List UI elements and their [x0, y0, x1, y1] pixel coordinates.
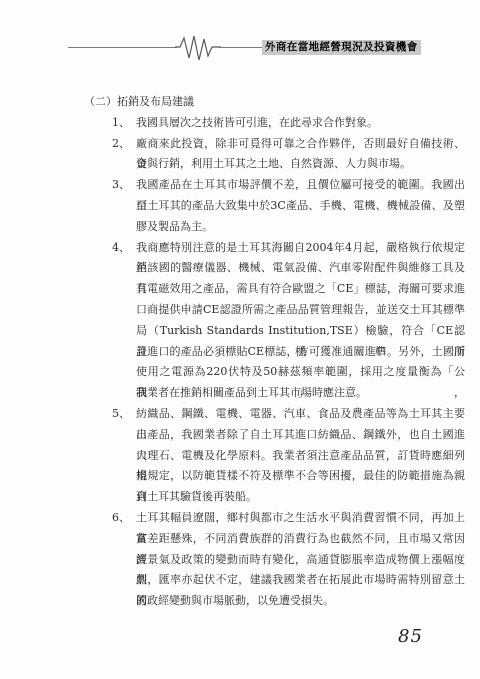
text-line: 至土耳其的產品大致集中於3C產品、手機、電機、機械設備、及塑 [136, 196, 465, 217]
list-item-lines: 廠商來此投資，除非可覓得可靠之合作夥伴，否則最好自備技術、資金與行銷，利用土耳其… [136, 134, 465, 176]
text-line: 土耳其幅員遼闊，鄉村與都市之生活水平與消費習慣不同，再加上貧 [136, 508, 465, 529]
header-rule-left [68, 47, 177, 48]
text-line: 到土耳其驗貨後再裝船。 [136, 487, 465, 508]
text-line: 我國產品在土耳其市場評價不差，且價位屬可接受的範圍。我國出口 [136, 175, 465, 196]
list-item: 4、我商應特別注意的是土耳其海關自2004年4月起，嚴格執行依規定銷至該國的醫療… [84, 238, 465, 404]
list-item: 6、土耳其幅員遼闊，鄉村與都市之生活水平與消費習慣不同，再加上貧富差距懸殊，不同… [84, 508, 465, 612]
text-line: 使用之電源為220伏特及50赫茲頻率範圍，採用之度量衡為「公制」， [136, 362, 465, 383]
page-number: 85 [398, 626, 423, 647]
list-item-number: 6、 [112, 508, 136, 612]
text-line: 富差距懸殊，不同消費族群的消費行為也截然不同，且市場又常因經 [136, 529, 465, 550]
list-item-number: 4、 [112, 238, 136, 404]
list-item: 2、廠商來此投資，除非可覓得可靠之合作夥伴，否則最好自備技術、資金與行銷，利用土… [84, 134, 465, 176]
list-item-lines: 我國產品在土耳其市場評價不差，且價位屬可接受的範圍。我國出口至土耳其的產品大致集… [136, 175, 465, 237]
text-line: 金與行銷，利用土耳其之土地、自然資源、人力與市場。 [136, 154, 465, 175]
text-line: 烈，匯率亦起伏不定，建議我國業者在拓展此市場時需特別留意土國 [136, 570, 465, 591]
list-item-lines: 我商應特別注意的是土耳其海關自2004年4月起，嚴格執行依規定銷至該國的醫療儀器… [136, 238, 465, 404]
text-line: 局（Turkish Standards Institution,TSE）檢驗，符… [136, 321, 465, 342]
list-item-number: 2、 [112, 134, 136, 176]
text-line: 的政經變動與市場脈動，以免遭受損失。 [136, 591, 465, 612]
list-item: 1、我國具層次之技術皆可引進，在此尋求合作對象。 [84, 113, 465, 134]
text-line: 我商應特別注意的是土耳其海關自2004年4月起，嚴格執行依規定銷 [136, 238, 465, 259]
text-line: 至該國的醫療儀器、機械、電氣設備、汽車零附配件與維修工具及具 [136, 258, 465, 279]
list-item-number: 1、 [112, 113, 136, 134]
text-line: 口產品，我國業者除了自土耳其進口紡織品、鋼鐵外，也自土國進口 [136, 425, 465, 446]
list-item: 5、紡織品、鋼鐵、電機、電器、汽車、食品及農產品等為土耳其主要出口產品，我國業者… [84, 404, 465, 508]
list-item-number: 3、 [112, 175, 136, 237]
text-line: 膠及製品為主。 [136, 217, 465, 238]
list-item: 3、我國產品在土耳其市場評價不差，且價位屬可接受的範圍。我國出口至土耳其的產品大… [84, 175, 465, 237]
document-page: 外商在當地經營現況及投資機會 （二）拓銷及布局建議 1、我國具層次之技術皆可引進… [0, 0, 480, 679]
waveform-icon [175, 33, 221, 63]
text-line: 廠商來此投資，除非可覓得可靠之合作夥伴，否則最好自備技術、資 [136, 134, 465, 155]
body-text: （二）拓銷及布局建議 1、我國具層次之技術皆可引進，在此尋求合作對象。2、廠商來… [84, 92, 465, 612]
text-line: 濟景氣及政策的變動而時有變化，高通貨膨脹率造成物價上漲幅度劇 [136, 550, 465, 571]
list-item-lines: 土耳其幅員遼闊，鄉村與都市之生活水平與消費習慣不同，再加上貧富差距懸殊，不同消費… [136, 508, 465, 612]
header-rule-right [219, 47, 263, 48]
section-heading: （二）拓銷及布局建議 [84, 92, 465, 113]
text-line: 大理石、電機及化學原料。我業者須注意產品品質，訂貨時應細列規 [136, 446, 465, 467]
text-line: 口商提供申請CE認證所需之產品品質管理報告，並送交土耳其標準 [136, 300, 465, 321]
list-item-number: 5、 [112, 404, 136, 508]
text-line: 紡織品、鋼鐵、電機、電器、汽車、食品及農產品等為土耳其主要出 [136, 404, 465, 425]
list-item-lines: 紡織品、鋼鐵、電機、電器、汽車、食品及農產品等為土耳其主要出口產品，我國業者除了… [136, 404, 465, 508]
list-item-lines: 我國具層次之技術皆可引進，在此尋求合作對象。 [136, 113, 465, 134]
numbered-list: 1、我國具層次之技術皆可引進，在此尋求合作對象。2、廠商來此投資，除非可覓得可靠… [84, 113, 465, 612]
text-line: 有電磁效用之產品，需具有符合歐盟之「CE」標誌，海關可要求進 [136, 279, 465, 300]
text-line: 且進口的產品必須標貼CE標誌，方可獲准通關進口。另外，土國所 [136, 342, 465, 363]
page-header-title: 外商在當地經營現況及投資機會 [262, 40, 421, 55]
text-line: 格規定，以防範貨樣不符及標準不合等困擾，最佳的防範措施為親自 [136, 466, 465, 487]
text-line: 我國具層次之技術皆可引進，在此尋求合作對象。 [136, 113, 465, 134]
